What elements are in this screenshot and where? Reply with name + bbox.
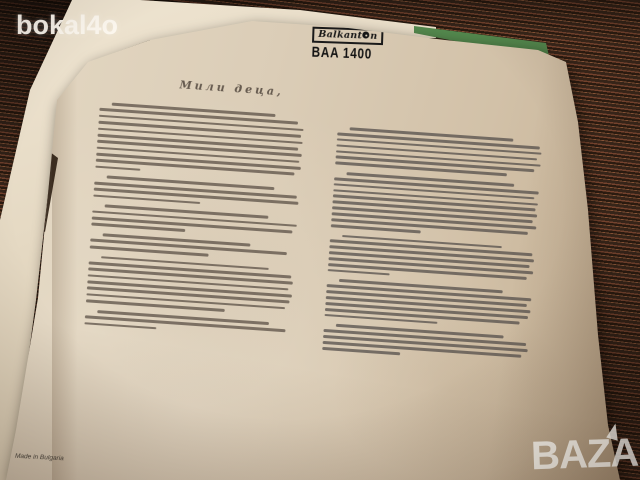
catalog-number: BAA 1400: [311, 44, 372, 63]
paragraph: [335, 126, 542, 178]
text-line: [95, 165, 140, 171]
seller-watermark: bokal4o: [16, 10, 118, 41]
record-disc-icon: [363, 31, 370, 38]
letter-left-column: [83, 102, 304, 354]
bazar-watermark: BAZAR: [530, 430, 640, 480]
brand-text-suffix: n: [370, 31, 378, 42]
paragraph: [86, 255, 294, 316]
letter-columns: [71, 101, 566, 372]
balkanton-logo-block: Balkantn BAA 1400: [311, 24, 390, 64]
text-line: [84, 322, 156, 330]
record-sleeve-back: Мили деца, Balkantn BAA 1400 Made in Bul…: [0, 0, 640, 480]
paragraph: [331, 171, 539, 241]
paragraph: [322, 323, 528, 363]
text-line: [328, 269, 390, 276]
printed-letter: Мили деца,: [71, 72, 568, 372]
paragraph: [325, 278, 532, 330]
bazar-watermark-text: BAZAR: [530, 430, 640, 479]
photo-of-record-sleeve: Мили деца, Balkantn BAA 1400 Made in Bul…: [0, 0, 640, 480]
letter-right-column: [322, 118, 543, 370]
balkanton-logo: Balkantn: [312, 27, 384, 45]
brand-text-prefix: Balkant: [318, 29, 362, 42]
paragraph: [328, 234, 535, 286]
paragraph: [95, 102, 304, 183]
main-sleeve-wrap: Мили деца, Balkantn BAA 1400 Made in Bul…: [0, 0, 640, 480]
